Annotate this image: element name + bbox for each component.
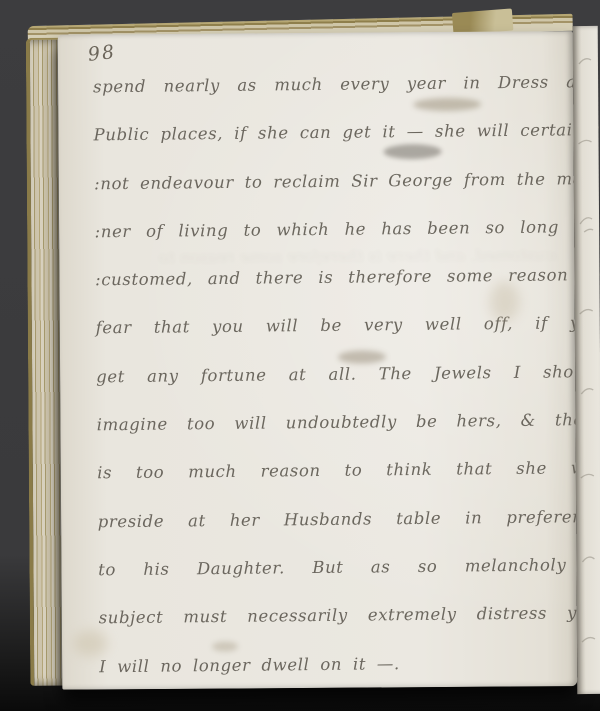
handwritten-line: subject must necessarily extremely distr… — [98, 589, 600, 643]
handwritten-line: Public places, if she can get it — she w… — [93, 106, 599, 160]
handwritten-line: spend nearly as much every year in Dress… — [93, 58, 599, 112]
handwritten-line: preside at her Husbands table in prefere… — [97, 493, 600, 547]
manuscript-page: 98 :customed, and there is therefore som… — [58, 31, 578, 690]
handwritten-line: is too much reason to think that she wil… — [97, 444, 600, 498]
handwritten-line: :customed, and there is therefore some r… — [95, 251, 600, 305]
facing-page-edge — [573, 26, 600, 694]
handwritten-line: I will no longer dwell on it —. — [99, 638, 600, 692]
facing-page-ink-marks — [575, 26, 600, 694]
photograph-background: 98 :customed, and there is therefore som… — [0, 0, 600, 711]
handwritten-line: fear that you will be very well off, if … — [95, 299, 600, 353]
handwritten-line: get any fortune at all. The Jewels I sho… — [96, 348, 600, 402]
handwritten-text: spend nearly as much every year in Dress… — [93, 58, 600, 691]
manuscript-book: 98 :customed, and there is therefore som… — [0, 0, 600, 711]
handwritten-line: to his Daughter. But as so melancholy a — [98, 541, 600, 595]
handwritten-line: :ner of living to which he has been so l… — [94, 203, 600, 257]
handwritten-line: :not endeavour to reclaim Sir George fro… — [94, 155, 600, 209]
handwritten-line: imagine too will undoubtedly be hers, & … — [96, 396, 600, 450]
